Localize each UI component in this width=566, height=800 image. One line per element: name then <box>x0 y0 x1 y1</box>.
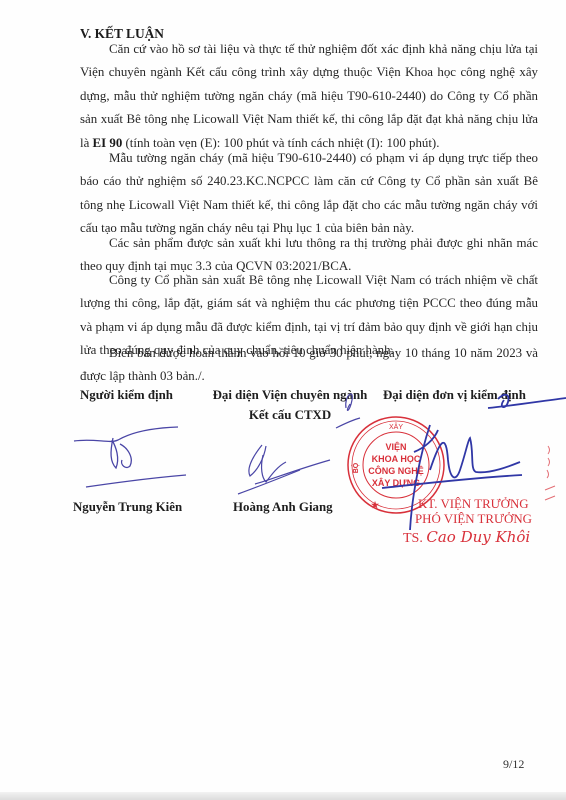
institute-rep-name: Hoàng Anh Giang <box>233 500 333 515</box>
svg-text:BỘ: BỘ <box>351 462 360 473</box>
director-name: Cao Duy Khôi <box>426 528 530 546</box>
institute-rep-signature <box>238 394 360 494</box>
svg-text:★: ★ <box>371 500 380 510</box>
signatures-and-stamp-graphic: XÂY VIỆN KHOA HỌC CÔNG NGHỆ XÂY DỰNG BỘ … <box>0 0 566 800</box>
svg-text:CÔNG NGHỆ: CÔNG NGHỆ <box>368 465 424 476</box>
page-edge-shadow <box>0 792 566 800</box>
svg-text:XÂY: XÂY <box>389 422 403 431</box>
inspector-name: Nguyễn Trung Kiên <box>73 500 182 515</box>
page-number: 9/12 <box>503 757 524 772</box>
document-page: V. KẾT LUẬN Căn cứ vào hồ sơ tài liệu và… <box>0 0 566 800</box>
stamp-bleed-mark <box>545 446 555 500</box>
svg-text:KHOA HỌC: KHOA HỌC <box>372 454 421 464</box>
director-position-line1: KT. VIỆN TRƯỞNG <box>418 497 529 512</box>
inspector-signature <box>74 427 186 487</box>
svg-text:VIỆN: VIỆN <box>385 441 406 452</box>
director-name-line: TS. Cao Duy Khôi <box>403 528 530 547</box>
director-position-line2: PHÓ VIỆN TRƯỞNG <box>415 512 532 527</box>
director-name-prefix: TS. <box>403 531 423 546</box>
